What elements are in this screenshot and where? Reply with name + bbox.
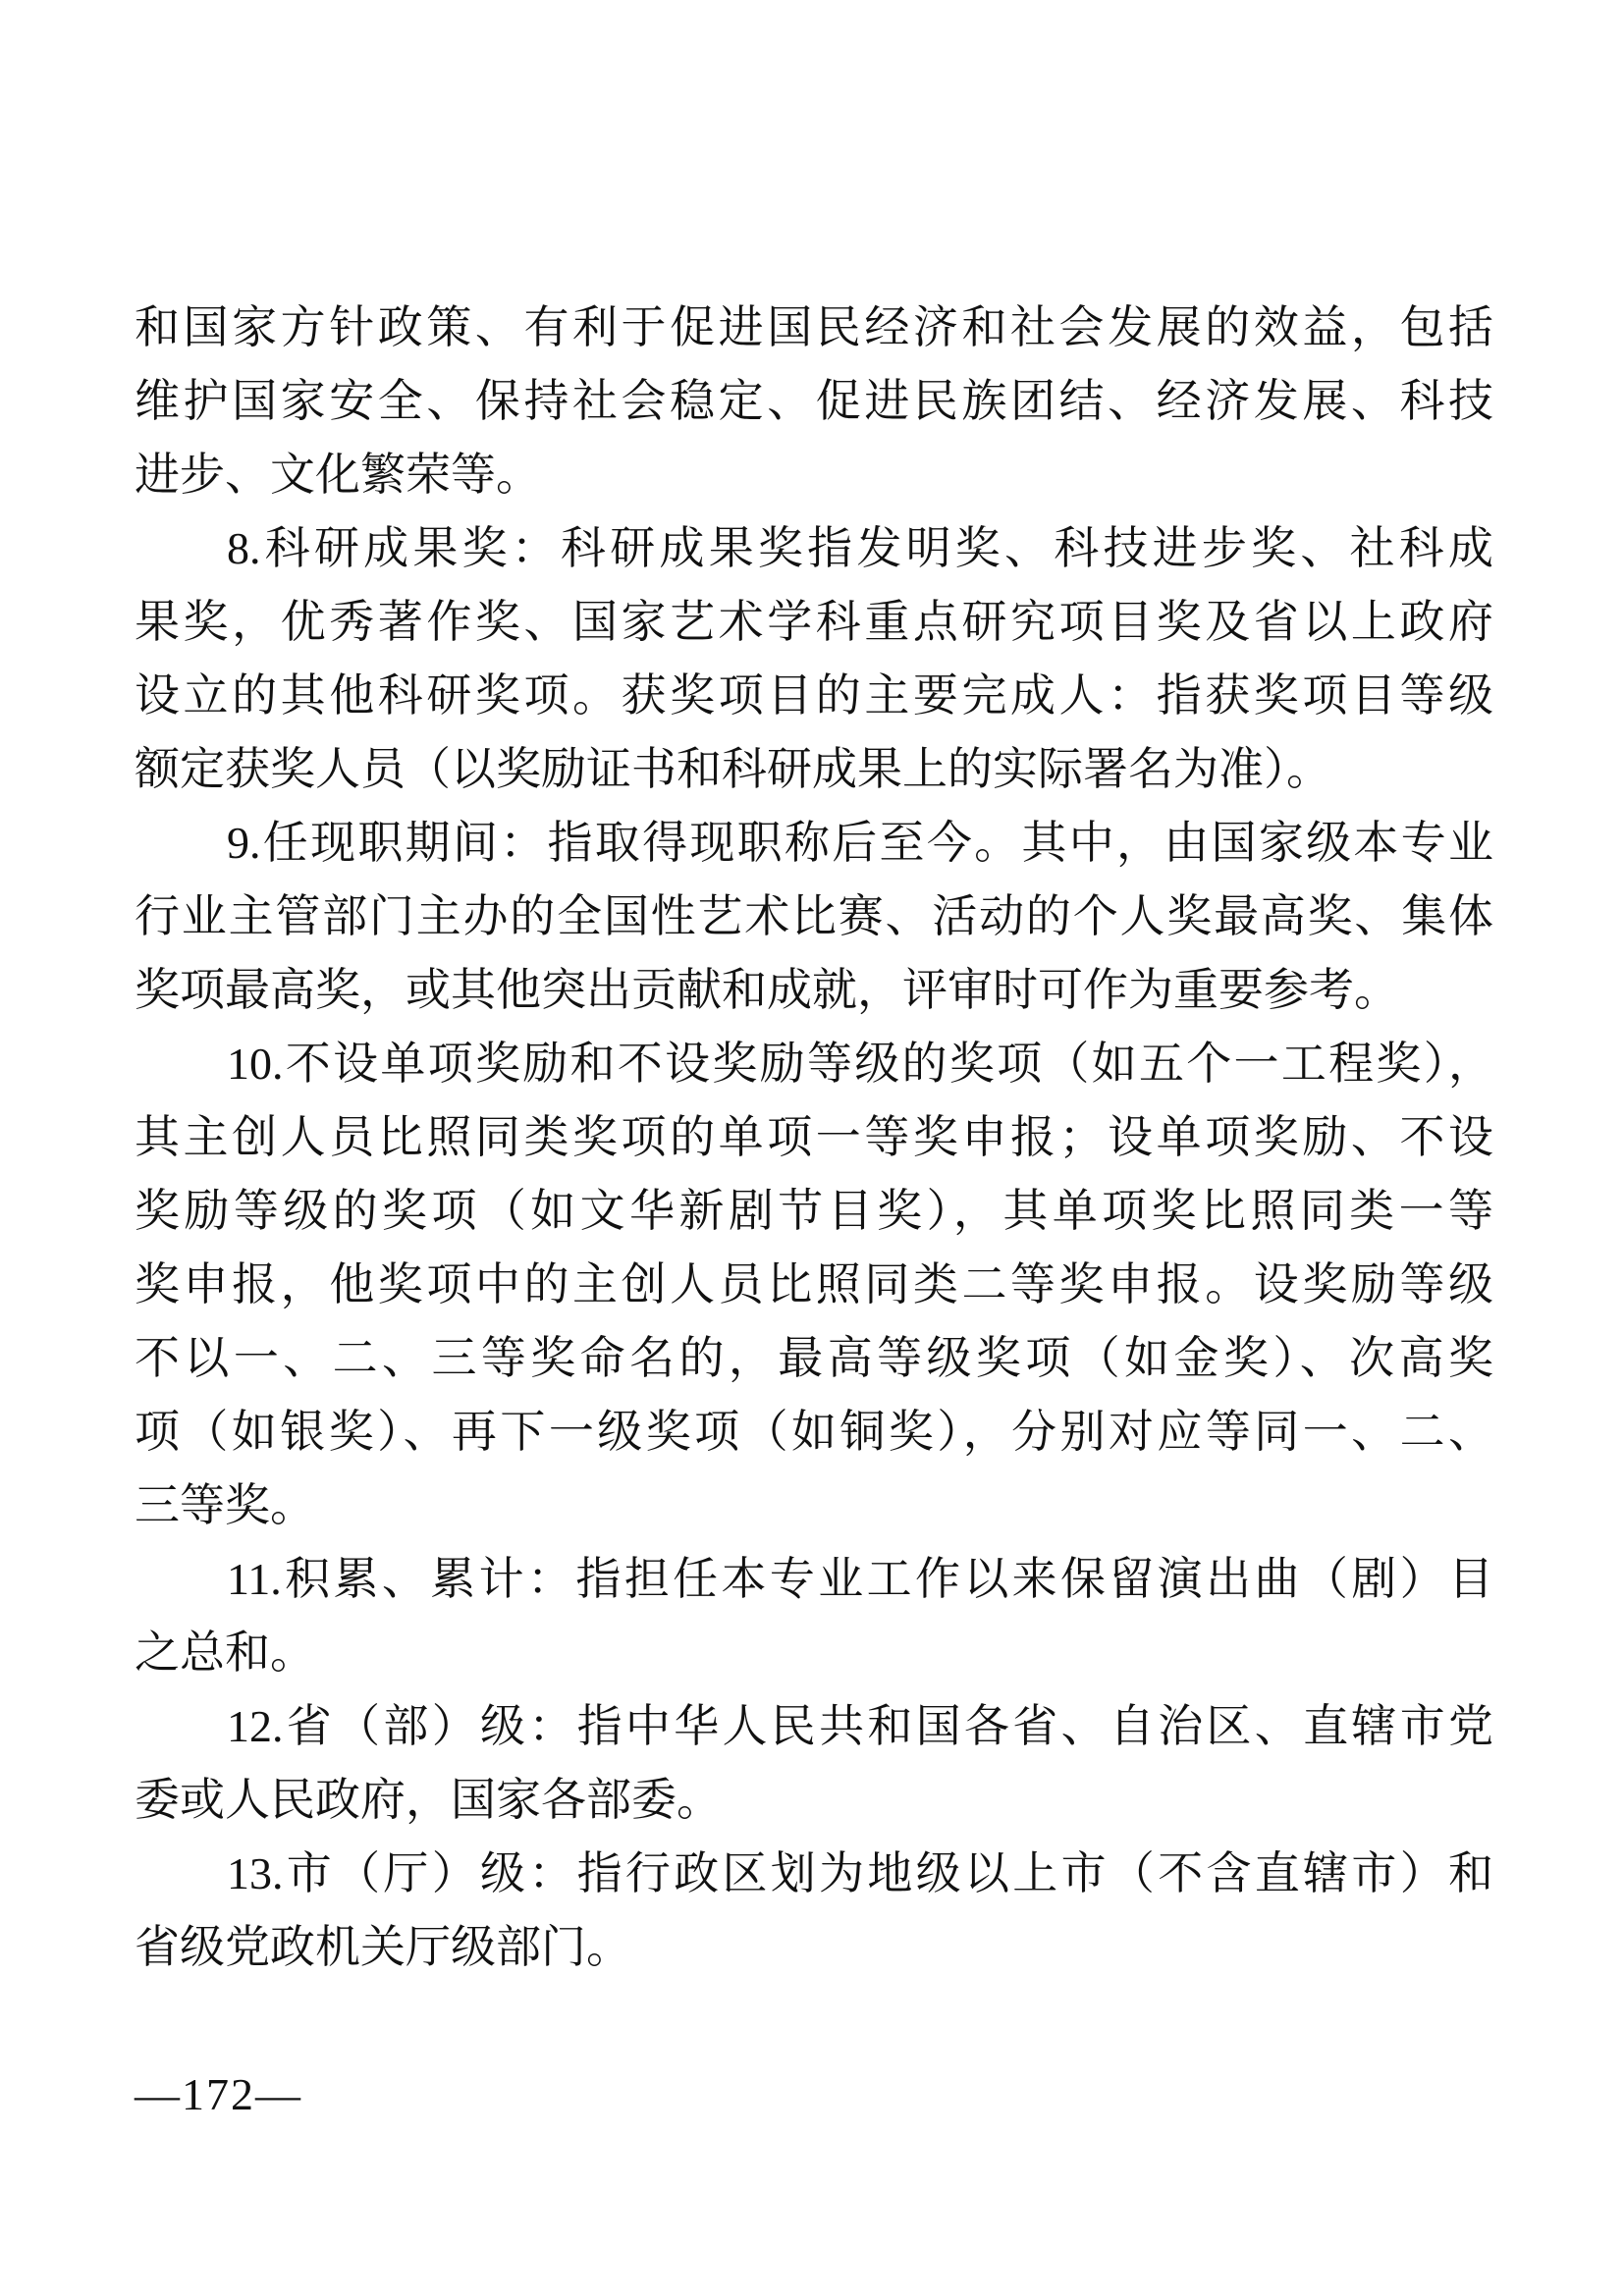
text-line: 10.不设单项奖励和不设奖励等级的奖项（如五个一工程奖）， [135, 1027, 1493, 1100]
text-line: 维护国家安全、保持社会稳定、促进民族团结、经济发展、科技 [135, 364, 1493, 438]
document-body: 和国家方针政策、有利于促进国民经济和社会发展的效益，包括维护国家安全、保持社会稳… [135, 291, 1493, 1984]
text-line: 奖励等级的奖项（如文华新剧节目奖），其单项奖比照同类一等 [135, 1174, 1493, 1248]
text-line: 设立的其他科研奖项。获奖项目的主要完成人：指获奖项目等级 [135, 659, 1493, 732]
document-page: 和国家方针政策、有利于促进国民经济和社会发展的效益，包括维护国家安全、保持社会稳… [0, 0, 1624, 2296]
text-line: 额定获奖人员（以奖励证书和科研成果上的实际署名为准）。 [135, 732, 1493, 806]
text-line: 8.科研成果奖：科研成果奖指发明奖、科技进步奖、社科成 [135, 511, 1493, 585]
text-line: 奖项最高奖，或其他突出贡献和成就，评审时可作为重要参考。 [135, 953, 1493, 1027]
text-line: 三等奖。 [135, 1468, 1493, 1542]
text-line: 9.任现职期间：指取得现职称后至今。其中，由国家级本专业 [135, 806, 1493, 880]
page-number: —172— [135, 2057, 302, 2131]
text-line: 12.省（部）级：指中华人民共和国各省、自治区、直辖市党 [135, 1689, 1493, 1763]
text-line: 奖申报，他奖项中的主创人员比照同类二等奖申报。设奖励等级 [135, 1248, 1493, 1321]
text-line: 行业主管部门主办的全国性艺术比赛、活动的个人奖最高奖、集体 [135, 880, 1493, 953]
text-line: 13.市（厅）级：指行政区划为地级以上市（不含直辖市）和 [135, 1837, 1493, 1910]
text-line: 果奖，优秀著作奖、国家艺术学科重点研究项目奖及省以上政府 [135, 585, 1493, 659]
text-line: 11.积累、累计：指担任本专业工作以来保留演出曲（剧）目 [135, 1542, 1493, 1616]
text-line: 和国家方针政策、有利于促进国民经济和社会发展的效益，包括 [135, 291, 1493, 364]
text-line: 之总和。 [135, 1616, 1493, 1689]
text-line: 省级党政机关厅级部门。 [135, 1910, 1493, 1984]
text-line: 项（如银奖）、再下一级奖项（如铜奖），分别对应等同一、二、 [135, 1395, 1493, 1468]
text-line: 委或人民政府，国家各部委。 [135, 1763, 1493, 1837]
text-line: 不以一、二、三等奖命名的，最高等级奖项（如金奖）、次高奖 [135, 1321, 1493, 1395]
text-line: 其主创人员比照同类奖项的单项一等奖申报；设单项奖励、不设 [135, 1100, 1493, 1174]
text-line: 进步、文化繁荣等。 [135, 438, 1493, 511]
